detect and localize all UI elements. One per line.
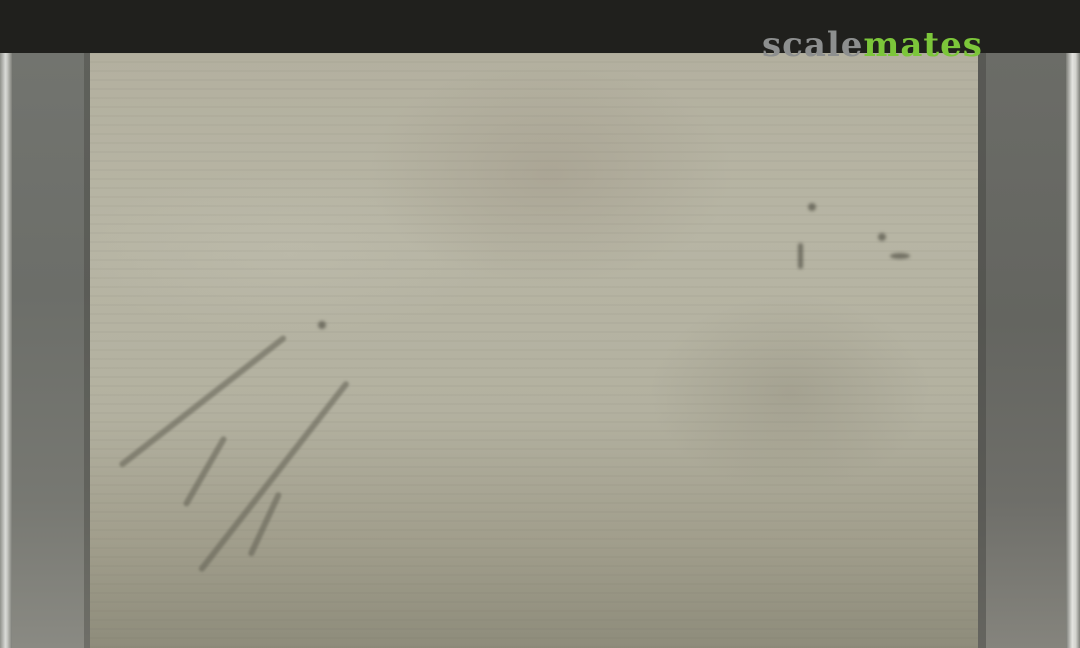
right-gray-strip [978, 53, 1066, 648]
stain-spot [798, 243, 803, 269]
scalemates-watermark: scalemates [762, 26, 983, 64]
left-edge-highlight [0, 53, 12, 648]
stain-spot [890, 253, 910, 259]
panel-texture [90, 53, 978, 648]
left-gray-strip [12, 53, 90, 648]
watermark-scale-text: scale [762, 25, 863, 65]
stain-spot [808, 203, 816, 211]
stain-spot [878, 233, 886, 241]
weathered-panel [90, 53, 978, 648]
right-edge-highlight [1066, 53, 1080, 648]
watermark-mates-text: mates [863, 25, 982, 65]
stain-spot [318, 321, 326, 329]
